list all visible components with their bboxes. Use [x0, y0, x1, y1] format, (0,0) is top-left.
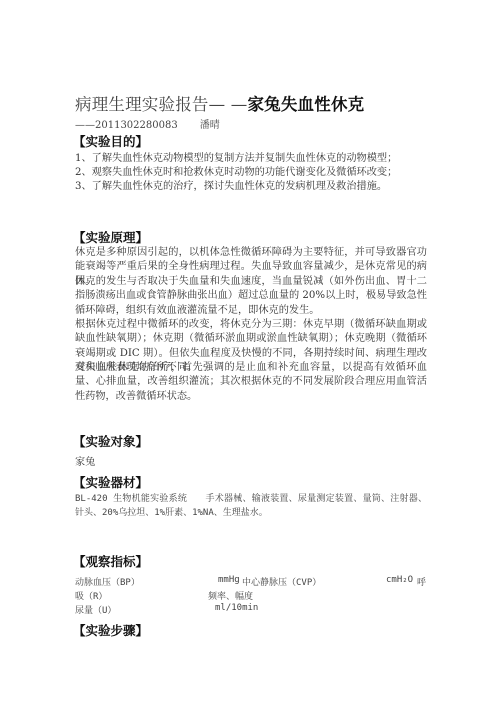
principle-paragraph: 对失血性休克的治疗，首先强调的是止血和补充血容量，以提高有效循环血量、心排血量，… — [75, 361, 427, 404]
purpose-item: 1、了解失血性休克动物模型的复制方法并复制失血性休克的动物模型； — [75, 152, 397, 166]
section-heading-steps: 【实验步骤】 — [73, 621, 148, 639]
author-name: 潘晴 — [200, 120, 220, 131]
indicator-r-unit: 频率、幅度 — [208, 589, 253, 602]
indicator-bp-unit: mmHg — [218, 575, 240, 585]
principle-paragraph: 休克的发生与否取决于失血量和失血速度，当血量锐减（如外伤出血、胃十二指肠溃疡出血… — [75, 275, 427, 318]
indicator-bp-label: 动脉血压（BP） — [75, 575, 140, 588]
purpose-item: 3、了解失血性休克的治疗，探讨失血性休克的发病机理及救治措施。 — [75, 180, 387, 194]
document-page: 病理生理实验报告— —家兔失血性休克 ——2011302280083潘晴 【实验… — [0, 0, 500, 708]
indicator-u-label: 尿量（U） — [75, 603, 116, 616]
section-heading-subject: 【实验对象】 — [73, 432, 148, 450]
subject-text: 家兔 — [75, 456, 95, 470]
section-heading-indicators: 【观察指标】 — [73, 552, 148, 570]
section-heading-purpose: 【实验目的】 — [73, 132, 148, 150]
title-prefix: 病理生理实验报告— — — [75, 95, 247, 114]
indicator-cvp-label: 中心静脉压（CVP） — [242, 575, 321, 588]
equipment-text: BL-420 生物机能实验系统 手术器械、输液装置、尿量测定装置、量筒、注射器、… — [75, 492, 427, 520]
author-line: ——2011302280083潘晴 — [75, 116, 220, 131]
author-id: ——2011302280083 — [75, 120, 178, 131]
indicator-r-label-start: 呼 — [417, 575, 426, 588]
section-heading-equipment: 【实验器材】 — [73, 473, 148, 491]
indicator-r-label: 吸（R） — [75, 589, 107, 602]
indicator-cvp-unit: cmH₂O — [386, 575, 413, 585]
title-main: 家兔失血性休克 — [247, 95, 364, 114]
section-heading-principle: 【实验原理】 — [73, 228, 148, 246]
indicator-u-unit: ml/10min — [215, 603, 258, 613]
purpose-item: 2、观察失血性休克时和抢救休克时动物的功能代谢变化及微循环改变； — [75, 166, 397, 180]
document-title: 病理生理实验报告— —家兔失血性休克 — [75, 91, 364, 115]
